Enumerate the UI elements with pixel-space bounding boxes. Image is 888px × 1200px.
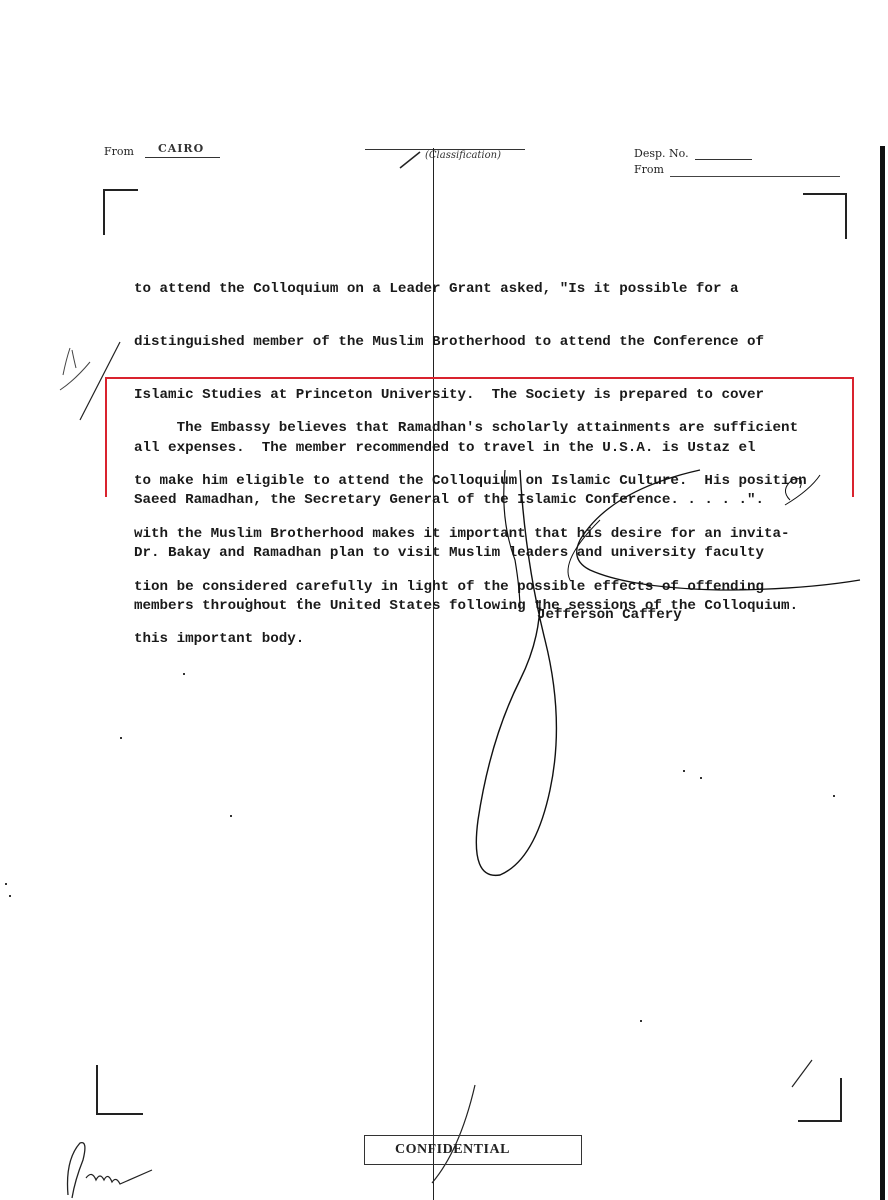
from-value: CAIRO <box>158 142 204 155</box>
from-label: From <box>104 145 134 158</box>
document-page: From CAIRO (Classification) Desp. No. Fr… <box>0 0 888 1200</box>
signature-name: Jefferson Caffery <box>537 607 682 623</box>
classification-label: (Classification) <box>425 150 501 161</box>
scan-edge-bar <box>880 146 885 1200</box>
desp-no-label: Desp. No. <box>634 147 689 160</box>
scan-speck <box>300 598 302 600</box>
scan-speck <box>183 673 185 675</box>
text-line: to attend the Colloquium on a Leader Gra… <box>134 281 854 299</box>
scan-speck <box>640 1020 642 1022</box>
scan-speck <box>683 770 685 772</box>
text-line: to make him eligible to attend the Collo… <box>134 473 854 491</box>
text-line: The Embassy believes that Ramadhan's sch… <box>134 420 854 438</box>
text-line: distinguished member of the Muslim Broth… <box>134 334 854 352</box>
paragraph-2-highlighted: The Embassy believes that Ramadhan's sch… <box>134 385 854 684</box>
scan-speck <box>120 737 122 739</box>
scan-speck <box>230 815 232 817</box>
scan-speck <box>350 598 352 600</box>
from-underline <box>145 157 220 158</box>
scan-speck <box>9 895 11 897</box>
corner-mark-bottom-left <box>96 1065 143 1115</box>
scan-speck <box>700 777 702 779</box>
confidential-stamp: CONFIDENTIAL <box>364 1135 582 1165</box>
corner-mark-top-right <box>803 193 847 239</box>
text-line: this important body. <box>134 631 854 649</box>
scan-speck <box>245 598 247 600</box>
scan-speck <box>833 795 835 797</box>
from2-label: From <box>634 163 664 176</box>
desp-no-underline <box>695 159 752 160</box>
corner-mark-bottom-right <box>798 1078 842 1122</box>
stamp-text: CONFIDENTIAL <box>395 1142 510 1158</box>
text-line: tion be considered carefully in light of… <box>134 579 854 597</box>
scan-speck <box>5 883 7 885</box>
scan-speck <box>262 602 264 604</box>
from2-underline <box>670 176 840 177</box>
corner-mark-top-left <box>103 189 138 235</box>
text-line: with the Muslim Brotherhood makes it imp… <box>134 526 854 544</box>
